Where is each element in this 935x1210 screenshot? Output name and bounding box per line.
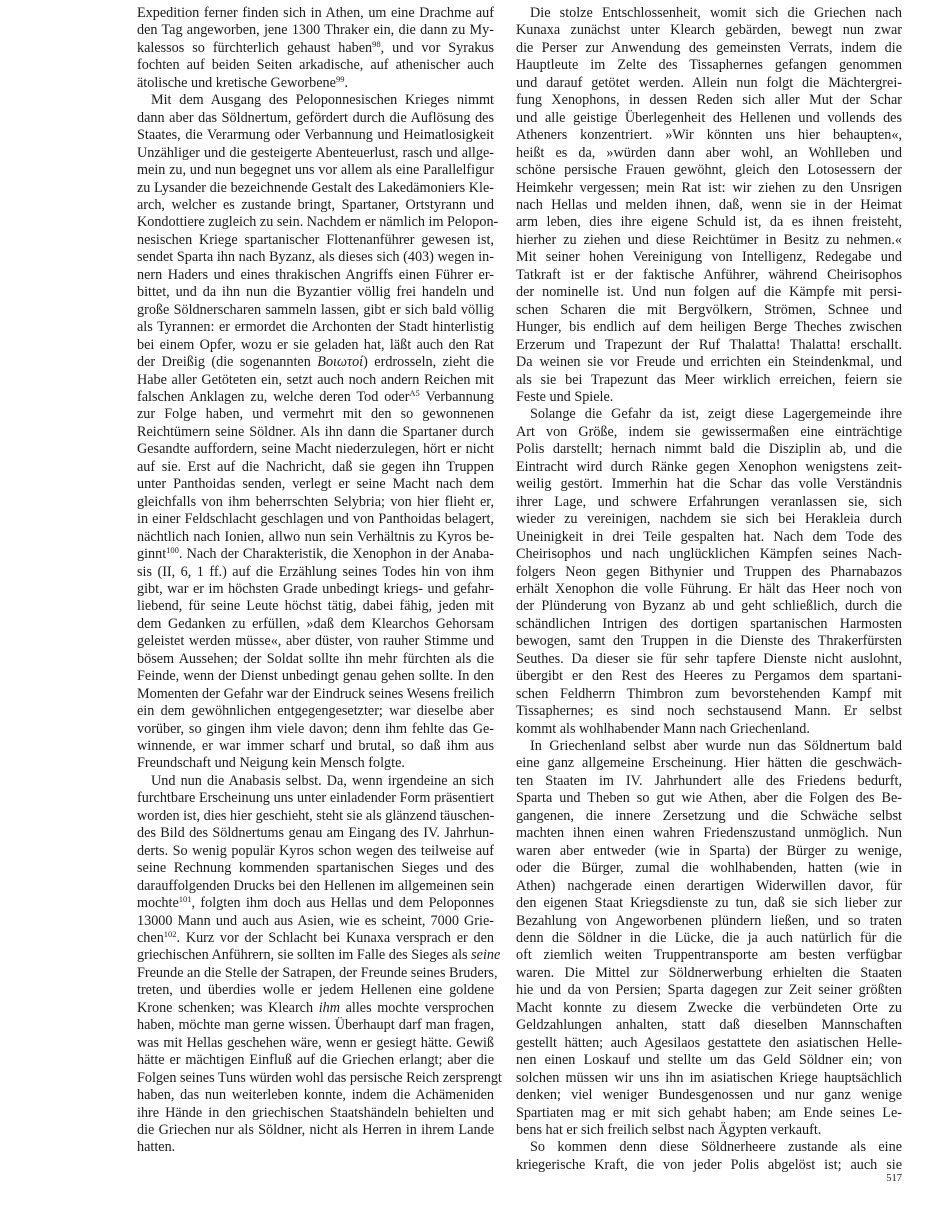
text-line: Heimkehr vergessen; mein Rat ist: wir zi…	[516, 180, 902, 197]
footnote-marker[interactable]: A5	[409, 388, 419, 398]
footnote-marker[interactable]: 100	[166, 545, 179, 555]
text-line: Eintracht wird durch Ränke gegen Xenopho…	[516, 459, 902, 476]
text-line: nen einen Loskauf und stellte um das Gel…	[516, 1052, 902, 1069]
text-line: schöne persische Frauen gewöhnt, gleich …	[516, 162, 902, 179]
text-line: kriegerische Kraft, die von jeder Polis …	[516, 1157, 902, 1174]
text-line: treten, und überdies wolle er jedem Hell…	[137, 982, 494, 999]
text-line: eine ganz allgemeine Erscheinung. Hier h…	[516, 755, 902, 772]
text-line: weilig gestört. Immerhin hat die Schar d…	[516, 476, 902, 493]
text-line: mochte101, folgten ihm doch aus Hellas u…	[137, 895, 494, 912]
text-line: und alle geistige Überlegenheit des Hell…	[516, 110, 902, 127]
text-line: schen Feldherrn Thimbron zum bevorstehen…	[516, 686, 902, 703]
text-line: was mit Hellas geschehen wäre, wenn er g…	[137, 1035, 494, 1052]
text-line: bittet, und da ihn nun die Byzantier völ…	[137, 284, 494, 301]
text-line: chen102. Kurz vor der Schlacht bei Kunax…	[137, 930, 494, 947]
text-line: Freundschaft und Neigung kein Mensch fol…	[137, 755, 494, 772]
text-line: in einer Feldschlacht geschlagen und von…	[137, 511, 494, 528]
text-line: geleistet werden müsse«, aber düster, vo…	[137, 633, 494, 650]
text-line: den Tag angeworben, jene 1300 Thraker ei…	[137, 22, 494, 39]
text-line: ein dem gewöhnlichen entgegengesetzter; …	[137, 703, 494, 720]
text-line: gangenen, die innere Zersetzung und die …	[516, 808, 902, 825]
text-line: Uneinigkeit in drei Teile gespalten hat.…	[516, 529, 902, 546]
text-line: winnende, er war immer scharf und brutal…	[137, 738, 494, 755]
text-line: mein zu, und nun begegnet uns vor allem …	[137, 162, 494, 179]
text-line: Solange die Gefahr da ist, zeigt diese L…	[516, 406, 902, 423]
text-line: griechischen Anführern, sie sollten im F…	[137, 947, 494, 964]
text-line: Da weinen sie vor Freude und errichten e…	[516, 354, 902, 371]
text-line: auf sie. Erst auf die Nachricht, daß sie…	[137, 459, 494, 476]
text-line: Art von Größe, indem sie gewissermaßen e…	[516, 424, 902, 441]
text-line: folgers Neon gegen Bithynier und Truppen…	[516, 564, 902, 581]
text-line: hatten.	[137, 1139, 494, 1156]
text-line: So kommen denn diese Söldnerheere zustan…	[516, 1139, 902, 1156]
left-column: Expedition ferner finden sich in Athen, …	[137, 5, 494, 1157]
text-line: machten ihnen einen wahren Friedenszusta…	[516, 825, 902, 842]
text-line: der Plünderung von Byzanz ab und geht sc…	[516, 598, 902, 615]
text-line: Staates, die Verarmung oder Verbannung u…	[137, 127, 494, 144]
text-line: Seuthes. Da dieser sie für sehr tapfere …	[516, 651, 902, 668]
text-line: falschen Anklagen zu, welche deren Tod o…	[137, 389, 494, 406]
text-line: Spartiaten mag er mit sich gehabt haben;…	[516, 1105, 902, 1122]
text-line: dem Gedanken zu erfüllen, »daß dem Klear…	[137, 616, 494, 633]
text-line: nach Hellas und melden ihnen, daß, wenn …	[516, 197, 902, 214]
text-line: In Griechenland selbst aber wurde nun da…	[516, 738, 902, 755]
text-line: dann aber das Söldnertum, gefördert durc…	[137, 110, 494, 127]
footnote-marker[interactable]: 98	[372, 39, 381, 49]
text-line: als Tyrannen: er ermordet die Archonten …	[137, 319, 494, 336]
text-line: Mit seiner hohen Vereinigung von Intelli…	[516, 249, 902, 266]
text-line: Gesandte auffordern, seine Macht niederz…	[137, 441, 494, 458]
text-line: die Griechen nur als Söldner, nicht als …	[137, 1122, 494, 1139]
text-line: große Söldnerscharen sammeln lassen, gib…	[137, 302, 494, 319]
text-line: Folgen seines Tuns würden wohl das persi…	[137, 1070, 494, 1087]
text-line: fung Xenophons, in dessen Reden sich all…	[516, 92, 902, 109]
text-line: Expedition ferner finden sich in Athen, …	[137, 5, 494, 22]
text-line: Geldzahlungen anhalten, statt daß diesel…	[516, 1017, 902, 1034]
right-column: Die stolze Entschlossenheit, womit sich …	[516, 5, 902, 1174]
text-line: sendet Sparta ihn nach Byzanz, als diese…	[137, 249, 494, 266]
text-line: nesischen Kriege spartanischer Flottenan…	[137, 232, 494, 249]
text-line: 13000 Mann und auch aus Asien, wie es sc…	[137, 913, 494, 930]
text-line: Mit dem Ausgang des Peloponnesischen Kri…	[137, 92, 494, 109]
text-line: arch, welcher es zustande bringt, Sparta…	[137, 197, 494, 214]
text-line: die Perser zur Anwendung des gemeinsten …	[516, 40, 902, 57]
text-line: Und nun die Anabasis selbst. Da, wenn ir…	[137, 773, 494, 790]
text-line: ätolische und kretische Geworbene99.	[137, 75, 494, 92]
footnote-marker[interactable]: 102	[164, 929, 177, 939]
text-line: und darauf getötet werden. Allein nun fo…	[516, 75, 902, 92]
text-line: Athen) nachgerade einen derartigen Wider…	[516, 878, 902, 895]
text-line: unter Panthoidas senden, verlegt er sein…	[137, 476, 494, 493]
text-line: den eigenen Staat Kriegsdienste zu tun, …	[516, 895, 902, 912]
footnote-marker[interactable]: 101	[179, 894, 192, 904]
text-line: worden ist, dies hier geschieht, steht s…	[137, 808, 494, 825]
text-line: Hunger, bis endlich auf dem heiligen Ber…	[516, 319, 902, 336]
text-line: sis (II, 6, 1 ff.) auf die Erzählung sei…	[137, 564, 494, 581]
text-line: hätte er mächtigen Einfluß auf die Griec…	[137, 1052, 494, 1069]
text-line: Momenten der Gefahr war der Eindruck sei…	[137, 686, 494, 703]
text-line: schändlichen Intrigen des dortigen spart…	[516, 616, 902, 633]
text-line: darauffolgenden Drucks bei den Hellenen …	[137, 878, 494, 895]
text-line: nächtlich nach Ionien, allwo nun sein Ve…	[137, 529, 494, 546]
text-line: Kunaxa zunächst unter Klearch gebärden, …	[516, 22, 902, 39]
text-line: liebend, für seine Leute höchst tätig, d…	[137, 598, 494, 615]
text-line: Atheners konzentriert. »Wir könnten uns …	[516, 127, 902, 144]
italic-text: ihm	[319, 1000, 340, 1016]
text-line: zur Folge haben, und vermehrt mit den so…	[137, 406, 494, 423]
text-line: ginnt100. Nach der Charakteristik, die X…	[137, 546, 494, 563]
text-line: bei einem Opfer, wozu er sie geladen hat…	[137, 337, 494, 354]
text-line: Bezahlung von Angeworbenen plündern ließ…	[516, 913, 902, 930]
text-line: denken; viel weniger Bundesgenossen und …	[516, 1087, 902, 1104]
text-line: fochten auf beiden Seiten arkadische, au…	[137, 57, 494, 74]
text-line: kommt als wohlhabender Mann nach Grieche…	[516, 721, 902, 738]
text-line: Cheirisophos und nach unglücklichen Kämp…	[516, 546, 902, 563]
text-line: Sparta und Theben so gut wie Athen, aber…	[516, 790, 902, 807]
text-line: erhält Xenophon die volle Führung. Er hä…	[516, 581, 902, 598]
text-line: haben, das nun weiterleben konnte, indem…	[137, 1087, 494, 1104]
text-line: ihre Hände in den griechischen Staatshän…	[137, 1105, 494, 1122]
text-line: nern Haders und eines thrakischen Angrif…	[137, 267, 494, 284]
text-line: bens hat er sich freilich selbst nach Äg…	[516, 1122, 902, 1139]
text-line: haben, möchte man gerne wissen. Überhaup…	[137, 1017, 494, 1034]
text-line: Tatkraft ist er der faktische Anführer, …	[516, 267, 902, 284]
text-line: Hauptleute im Zelte des Tissaphernes gef…	[516, 57, 902, 74]
text-line: Reichtümern seine Söldner. Als ihn dann …	[137, 424, 494, 441]
text-line: gleichfalls von ihm beherrschten Selybri…	[137, 494, 494, 511]
text-line: Die stolze Entschlossenheit, womit sich …	[516, 5, 902, 22]
text-line: der nominelle ist. Und nun folgen auf di…	[516, 284, 902, 301]
text-line: Macht konnte zu diesem Zwecke die verbün…	[516, 1000, 902, 1017]
text-line: Krone schenken; was Klearch ihm alles mo…	[137, 1000, 494, 1017]
text-line: ten Staaten im IV. Jahrhundert alle des …	[516, 773, 902, 790]
text-line: übergibt er den Rest des Heeres zu Perga…	[516, 668, 902, 685]
text-line: bösem Aussehen; der Soldat sollte ihn me…	[137, 651, 494, 668]
text-line: des Bild des Söldnertums genau am Eingan…	[137, 825, 494, 842]
text-line: waren. Die Mittel zur Söldnerwerbung erh…	[516, 965, 902, 982]
text-line: hie und da von Persien; Sparta dagegen z…	[516, 982, 902, 999]
text-line: solchen müssen wir uns ihn im asiatische…	[516, 1070, 902, 1087]
text-line: denn die Söldner in die Lücke, die ja au…	[516, 930, 902, 947]
italic-text: seine	[471, 947, 500, 963]
text-line: hierher zu ziehen und diese Reichtümer i…	[516, 232, 902, 249]
text-line: bewogen, samt den Truppen in die Dienste…	[516, 633, 902, 650]
text-line: gestellt hätten; auch Agesilaos gestatte…	[516, 1035, 902, 1052]
text-line: furchtbare Erscheinung uns unter einlade…	[137, 790, 494, 807]
text-line: vorüber, so gingen ihm viele davon; denn…	[137, 721, 494, 738]
page-number: 517	[886, 1173, 902, 1184]
text-line: schen Scharen die mit Bergvölkern, Ström…	[516, 302, 902, 319]
text-line: der Dreißig (die sogenannten Βοιωτοί) er…	[137, 354, 494, 371]
text-line: oft ziemlich weiten Truppentransporte am…	[516, 947, 902, 964]
text-line: seine Rechnung kommenden spartanischen S…	[137, 860, 494, 877]
text-line: Kondottiere zugleich zu sein. Nachdem er…	[137, 214, 494, 231]
text-line: oder die Bürger, zumal die wohlhabenden,…	[516, 860, 902, 877]
text-line: waren aber entweder (wie in Sparta) der …	[516, 843, 902, 860]
text-line: Erzerum und Trapezunt der Ruf Thalatta! …	[516, 337, 902, 354]
text-line: als sie bei Trapezunt das Meer wirklich …	[516, 372, 902, 389]
text-line: ihrer Lage, und schwere Erfahrungen vera…	[516, 494, 902, 511]
book-page: Expedition ferner finden sich in Athen, …	[0, 0, 935, 1210]
text-line: kalessos so fürchterlich gehaust haben98…	[137, 40, 494, 57]
text-line: arm leben, dies ihre eigene Schuld ist, …	[516, 214, 902, 231]
text-line: zu Lysander die bezeichnende Gestalt des…	[137, 180, 494, 197]
text-line: derts. So wenig populär Kyros schon wege…	[137, 843, 494, 860]
italic-text: Βοιωτοί	[317, 354, 363, 370]
text-line: gibt, war er im höchsten Grade unbedingt…	[137, 581, 494, 598]
text-line: Habe aller Getöteten ein, setzt auch noc…	[137, 372, 494, 389]
text-line: Feinde, wenn der Dienst unbedingt genau …	[137, 668, 494, 685]
text-line: Unzähliger und die gesteigerte Abenteuer…	[137, 145, 494, 162]
text-line: heißt es da, »würden dann aber wohl, an …	[516, 145, 902, 162]
text-line: wieder zu vereinigen, nachdem sie sich b…	[516, 511, 902, 528]
text-line: Tissaphernes; es sind noch sechstausend …	[516, 703, 902, 720]
text-line: Freunde an die Stelle der Satrapen, der …	[137, 965, 494, 982]
text-line: Polis darstellt; hernach nimmt bald die …	[516, 441, 902, 458]
text-line: Feste und Spiele.	[516, 389, 902, 406]
